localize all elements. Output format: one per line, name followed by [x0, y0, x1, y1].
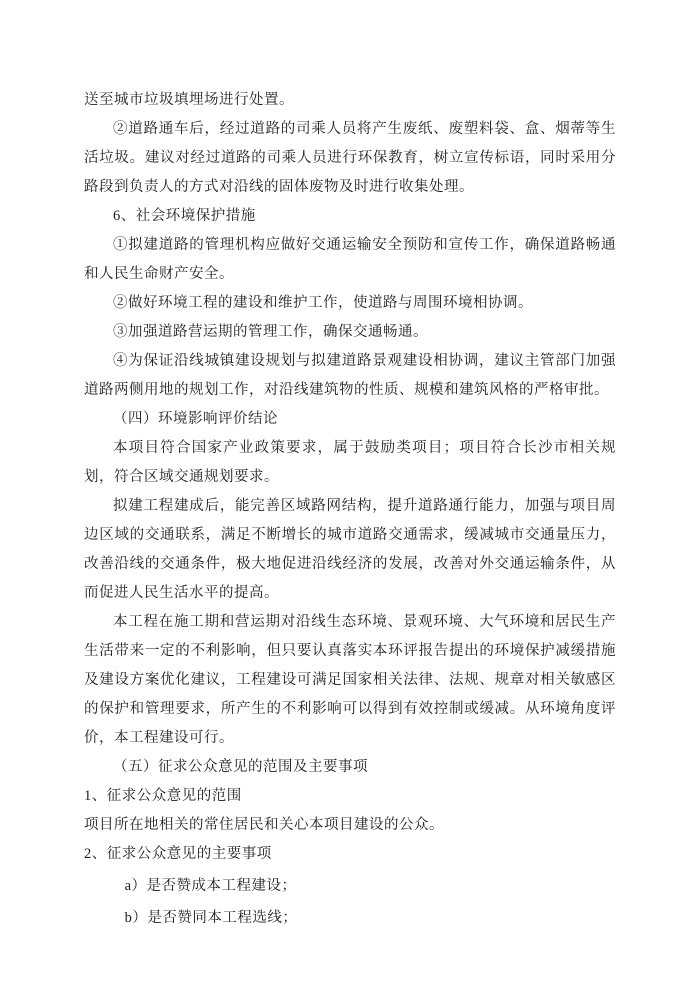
section-heading: 6、社会环境保护措施: [84, 202, 616, 231]
paragraph: 本工程在施工期和营运期对沿线生态环境、景观环境、大气环境和居民生产生活带来一定的…: [84, 608, 616, 753]
paragraph: ④为保证沿线城镇建设规划与拟建道路景观建设相协调，建议主管部门加强道路两侧用地的…: [84, 347, 616, 405]
section-heading: （五）征求公众意见的范围及主要事项: [84, 753, 616, 782]
document-page: 送至城市垃圾填埋场进行处置。②道路通车后，经过道路的司乘人员将产生废纸、废塑料袋…: [0, 0, 700, 989]
paragraph: ②做好环境工程的建设和维护工作，使道路与周围环境相协调。: [84, 289, 616, 318]
paragraph: ①拟建道路的管理机构应做好交通运输安全预防和宣传工作，确保道路畅通和人民生命财产…: [84, 231, 616, 289]
paragraph: ③加强道路营运期的管理工作，确保交通畅通。: [84, 318, 616, 347]
paragraph: a）是否赞成本工程建设；: [84, 872, 616, 901]
section-heading: （四）环境影响评价结论: [84, 405, 616, 434]
paragraph: 项目所在地相关的常住居民和关心本项目建设的公众。: [84, 811, 616, 840]
paragraph: 拟建工程建成后，能完善区域路网结构，提升道路通行能力，加强与项目周边区域的交通联…: [84, 492, 616, 608]
paragraph: b）是否赞同本工程选线；: [84, 904, 616, 933]
sub-heading: 2、征求公众意见的主要事项: [84, 840, 616, 869]
paragraph: 送至城市垃圾填埋场进行处置。: [84, 86, 616, 115]
sub-heading: 1、征求公众意见的范围: [84, 782, 616, 811]
paragraph: 本项目符合国家产业政策要求，属于鼓励类项目；项目符合长沙市相关规划，符合区域交通…: [84, 434, 616, 492]
paragraph: ②道路通车后，经过道路的司乘人员将产生废纸、废塑料袋、盒、烟蒂等生活垃圾。建议对…: [84, 115, 616, 202]
document-body: 送至城市垃圾填埋场进行处置。②道路通车后，经过道路的司乘人员将产生废纸、废塑料袋…: [84, 86, 616, 933]
